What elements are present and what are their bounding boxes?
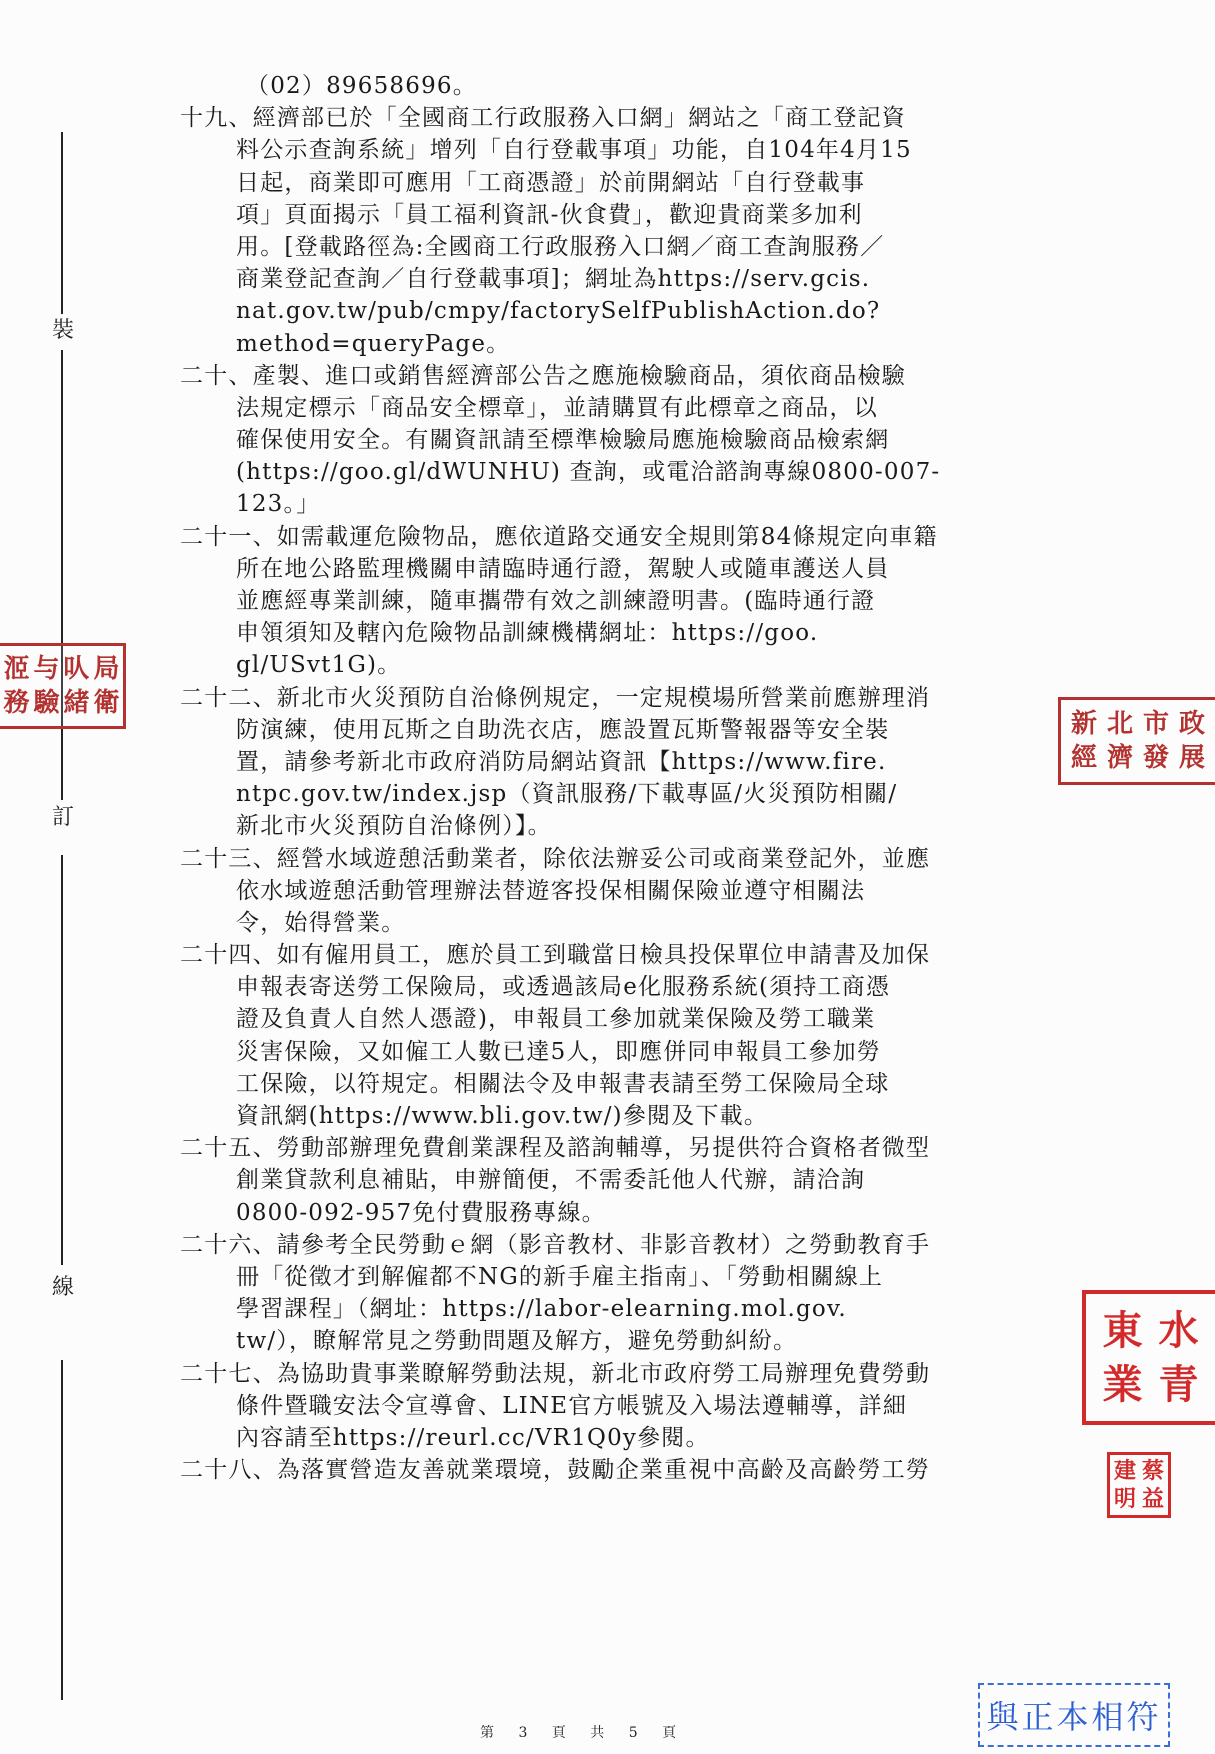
text-line: 置，請參考新北市政府消防局網站資訊【https://www.fire. bbox=[180, 746, 1080, 778]
list-item-heading-line: 二十八、為落實營造友善就業環境，鼓勵企業重視中高齡及高齡勞工勞 bbox=[180, 1454, 1080, 1486]
text-line: 法規定標示「商品安全標章」，並請購買有此標章之商品，以 bbox=[180, 392, 1080, 424]
seal-glyph: 局 bbox=[92, 652, 122, 686]
list-item-heading-line: 二十五、勞動部辦理免費創業課程及諮詢輔導，另提供符合資格者微型 bbox=[180, 1132, 1080, 1164]
page-number: 第 3 頁 共 5 頁 bbox=[480, 1722, 686, 1742]
text-line: 令，始得營業。 bbox=[180, 907, 1080, 939]
list-item-heading-line: 十九、經濟部已於「全國商工行政服務入口網」網站之「商工登記資 bbox=[180, 102, 1080, 134]
seal-glyph: 青 bbox=[1151, 1358, 1207, 1412]
seal-glyph: 建 bbox=[1111, 1457, 1139, 1485]
seal-glyph: 㕥 bbox=[62, 652, 92, 686]
list-item-heading-line: 二十七、為協助貴事業瞭解勞動法規，新北市政府勞工局辦理免費勞動 bbox=[180, 1358, 1080, 1390]
seal-glyph: 緒 bbox=[62, 686, 92, 720]
text-line: 料公示查詢系統」增列「自行登載事項」功能，自104年4月15 bbox=[180, 134, 1080, 166]
binding-line-upper-mid bbox=[61, 350, 63, 800]
seal-glyph: 与 bbox=[32, 652, 62, 686]
seal-glyph: 驗 bbox=[32, 686, 62, 720]
text-line: 依水域遊憩活動管理辦法替遊客投保相關保險並遵守相關法 bbox=[180, 875, 1080, 907]
text-line: 項」頁面揭示「員工福利資訊-伙食費」，歡迎貴商業多加利 bbox=[180, 199, 1080, 231]
binding-label-zhuang: 裝 bbox=[50, 318, 76, 344]
seal-glyph: 水 bbox=[1151, 1304, 1207, 1358]
binding-line-bottom bbox=[61, 1360, 63, 1700]
text-line: tw/），瞭解常見之勞動問題及解方，避免勞動糾紛。 bbox=[180, 1325, 1080, 1357]
seal-stamp-right: 新北市政經濟發展 bbox=[1058, 697, 1215, 785]
seal-glyph: 業 bbox=[1095, 1358, 1151, 1412]
seal-glyph: 濟 bbox=[1102, 741, 1138, 775]
seal-glyph: 蔡 bbox=[1139, 1457, 1167, 1485]
text-line: 防演練，使用瓦斯之自助洗衣店，應設置瓦斯警報器等安全裝 bbox=[180, 714, 1080, 746]
seal-glyph: 務 bbox=[2, 686, 32, 720]
seal-glyph: 政 bbox=[1174, 707, 1210, 741]
text-line: nat.gov.tw/pub/cmpy/factorySelfPublishAc… bbox=[180, 295, 1080, 327]
seal-stamp-company: 東水業青 bbox=[1082, 1290, 1215, 1425]
seal-glyph: 東 bbox=[1095, 1304, 1151, 1358]
seal-glyph: 洍 bbox=[2, 652, 32, 686]
text-line: (https://goo.gl/dWUNHU) 查詢，或電洽諮詢專線0800-0… bbox=[180, 456, 1080, 488]
binding-line-lower-mid bbox=[61, 855, 63, 1265]
text-line: gl/USvt1G)。 bbox=[180, 649, 1080, 681]
text-line: （02）89658696。 bbox=[180, 70, 1080, 102]
text-line: 學習課程」（網址：https://labor-elearning.mol.gov… bbox=[180, 1293, 1080, 1325]
certified-true-copy-stamp: 與正本相符 bbox=[978, 1683, 1170, 1747]
text-line: 0800-092-957免付費服務專線。 bbox=[180, 1197, 1080, 1229]
seal-glyph: 發 bbox=[1138, 741, 1174, 775]
text-line: 申報表寄送勞工保險局，或透過該局e化服務系統(須持工商憑 bbox=[180, 971, 1080, 1003]
binding-line-top bbox=[61, 132, 63, 314]
seal-glyph: 新 bbox=[1066, 707, 1102, 741]
list-item-heading-line: 二十六、請參考全民勞動ｅ網（影音教材、非影音教材）之勞動教育手 bbox=[180, 1229, 1080, 1261]
text-line: 冊「從徵才到解僱都不NG的新手雇主指南」、「勞動相關線上 bbox=[180, 1261, 1080, 1293]
text-line: ntpc.gov.tw/index.jsp（資訊服務/下載專區/火災預防相關/ bbox=[180, 778, 1080, 810]
text-line: 證及負責人自然人憑證)，申報員工參加就業保險及勞工職業 bbox=[180, 1003, 1080, 1035]
text-line: 內容請至https://reurl.cc/VR1Q0y參閱。 bbox=[180, 1422, 1080, 1454]
text-line: 申領須知及轄內危險物品訓練機構網址：https://goo. bbox=[180, 617, 1080, 649]
list-item-heading-line: 二十二、新北市火災預防自治條例規定，一定規模場所營業前應辦理消 bbox=[180, 682, 1080, 714]
list-item-heading-line: 二十四、如有僱用員工，應於員工到職當日檢具投保單位申請書及加保 bbox=[180, 939, 1080, 971]
list-item-heading-line: 二十三、經營水域遊憩活動業者，除依法辦妥公司或商業登記外，並應 bbox=[180, 843, 1080, 875]
binding-label-ding: 訂 bbox=[50, 805, 76, 831]
text-line: 日起，商業即可應用「工商憑證」於前開網站「自行登載事 bbox=[180, 167, 1080, 199]
text-line: 新北市火災預防自治條例）】。 bbox=[180, 810, 1080, 842]
seal-glyph: 經 bbox=[1066, 741, 1102, 775]
text-line: 商業登記查詢／自行登載事項]；網址為https://serv.gcis. bbox=[180, 263, 1080, 295]
text-line: 資訊網(https://www.bli.gov.tw/)參閱及下載。 bbox=[180, 1100, 1080, 1132]
text-line: 用。[登載路徑為:全國商工行政服務入口網／商工查詢服務／ bbox=[180, 231, 1080, 263]
text-line: 條件暨職安法令宣導會、LINE官方帳號及入場法遵輔導，詳細 bbox=[180, 1390, 1080, 1422]
text-line: 災害保險，又如僱工人數已達5人，即應併同申報員工參加勞 bbox=[180, 1036, 1080, 1068]
seal-stamp-left: 洍与㕥局務驗緒衛 bbox=[0, 643, 126, 729]
seal-glyph: 益 bbox=[1139, 1485, 1167, 1513]
seal-glyph: 展 bbox=[1174, 741, 1210, 775]
text-line: 創業貸款利息補貼，申辦簡便，不需委託他人代辦，請洽詢 bbox=[180, 1164, 1080, 1196]
text-line: 123。」 bbox=[180, 488, 1080, 520]
seal-stamp-personal: 建蔡明益 bbox=[1107, 1452, 1171, 1518]
text-line: 工保險，以符規定。相關法令及申報書表請至勞工保險局全球 bbox=[180, 1068, 1080, 1100]
text-line: 確保使用安全。有關資訊請至標準檢驗局應施檢驗商品檢索網 bbox=[180, 424, 1080, 456]
binding-label-xian: 線 bbox=[50, 1275, 76, 1301]
list-item-heading-line: 二十、產製、進口或銷售經濟部公告之應施檢驗商品，須依商品檢驗 bbox=[180, 360, 1080, 392]
seal-glyph: 明 bbox=[1111, 1485, 1139, 1513]
list-item-heading-line: 二十一、如需載運危險物品，應依道路交通安全規則第84條規定向車籍 bbox=[180, 521, 1080, 553]
text-line: method=queryPage。 bbox=[180, 328, 1080, 360]
seal-glyph: 衛 bbox=[92, 686, 122, 720]
document-body: （02）89658696。十九、經濟部已於「全國商工行政服務入口網」網站之「商工… bbox=[180, 70, 1080, 1486]
seal-glyph: 北 bbox=[1102, 707, 1138, 741]
text-line: 所在地公路監理機關申請臨時通行證，駕駛人或隨車護送人員 bbox=[180, 553, 1080, 585]
seal-glyph: 市 bbox=[1138, 707, 1174, 741]
text-line: 並應經專業訓練，隨車攜帶有效之訓練證明書。(臨時通行證 bbox=[180, 585, 1080, 617]
